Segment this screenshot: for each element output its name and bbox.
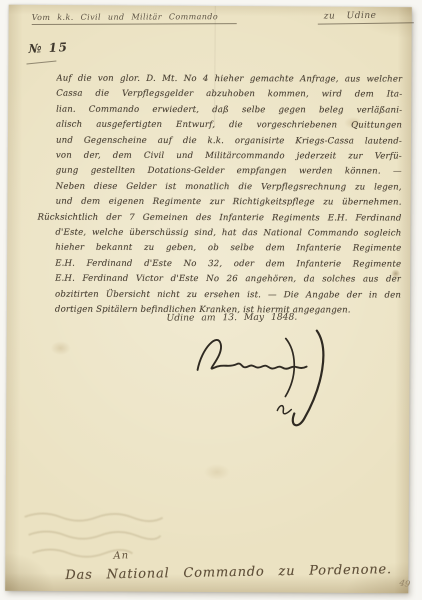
manuscript-line: von der, dem Civil und Militärcommando j… <box>56 149 402 165</box>
address-salutation: An <box>113 550 129 561</box>
letter-paper: Vom k.k. Civil und Militär Commando zu U… <box>5 5 412 593</box>
header-office-line: Vom k.k. Civil und Militär Commando <box>32 12 237 25</box>
manuscript-line: Neben diese Gelder ist monatlich die Ver… <box>56 179 402 195</box>
manuscript-line: obzitirten Übersicht nicht zu ersehen is… <box>55 287 401 303</box>
manuscript-line: hieher bekannt zu geben, ob selbe dem In… <box>55 241 401 257</box>
page-number-pencil: 49 <box>398 578 410 590</box>
manuscript-line: E.H. Ferdinand d'Este No 32, oder dem In… <box>55 256 401 272</box>
paper-stain <box>51 341 71 355</box>
signature: Philippovich m.p. <box>187 324 344 441</box>
document-number: № 15 <box>28 40 69 56</box>
dateline: Udine am 13. May 1848. <box>147 311 317 323</box>
manuscript-line: d'Este, welche überschüssig sind, hat da… <box>55 226 401 242</box>
manuscript-line: und dem eigenen Regimente zur Richtigkei… <box>56 195 402 211</box>
manuscript-line: E.H. Ferdinand Victor d'Este No 26 angeh… <box>55 272 401 288</box>
manuscript-line: Rücksichtlich der 7 Gemeinen des Infante… <box>37 210 401 226</box>
manuscript-line: Cassa die Verpflegsgelder abzuhoben komm… <box>56 87 402 103</box>
manuscript-line: lian. Commando erwiedert, daß selbe gege… <box>56 102 402 118</box>
manuscript-line: alisch ausgefertigten Entwurf, die vorge… <box>56 118 402 134</box>
paper-stain <box>204 464 230 480</box>
manuscript-line: Auf die von glor. D. Mt. No 4 hieher gem… <box>56 72 402 88</box>
manuscript-line: gung gestellten Dotations-Gelder empfang… <box>56 164 402 180</box>
header-place: zu Udine <box>318 10 414 24</box>
manuscript-line: und Gegenscheine auf die k.k. organisirt… <box>56 133 402 149</box>
document-number-underline <box>26 61 56 65</box>
signature-flourish <box>187 324 344 441</box>
